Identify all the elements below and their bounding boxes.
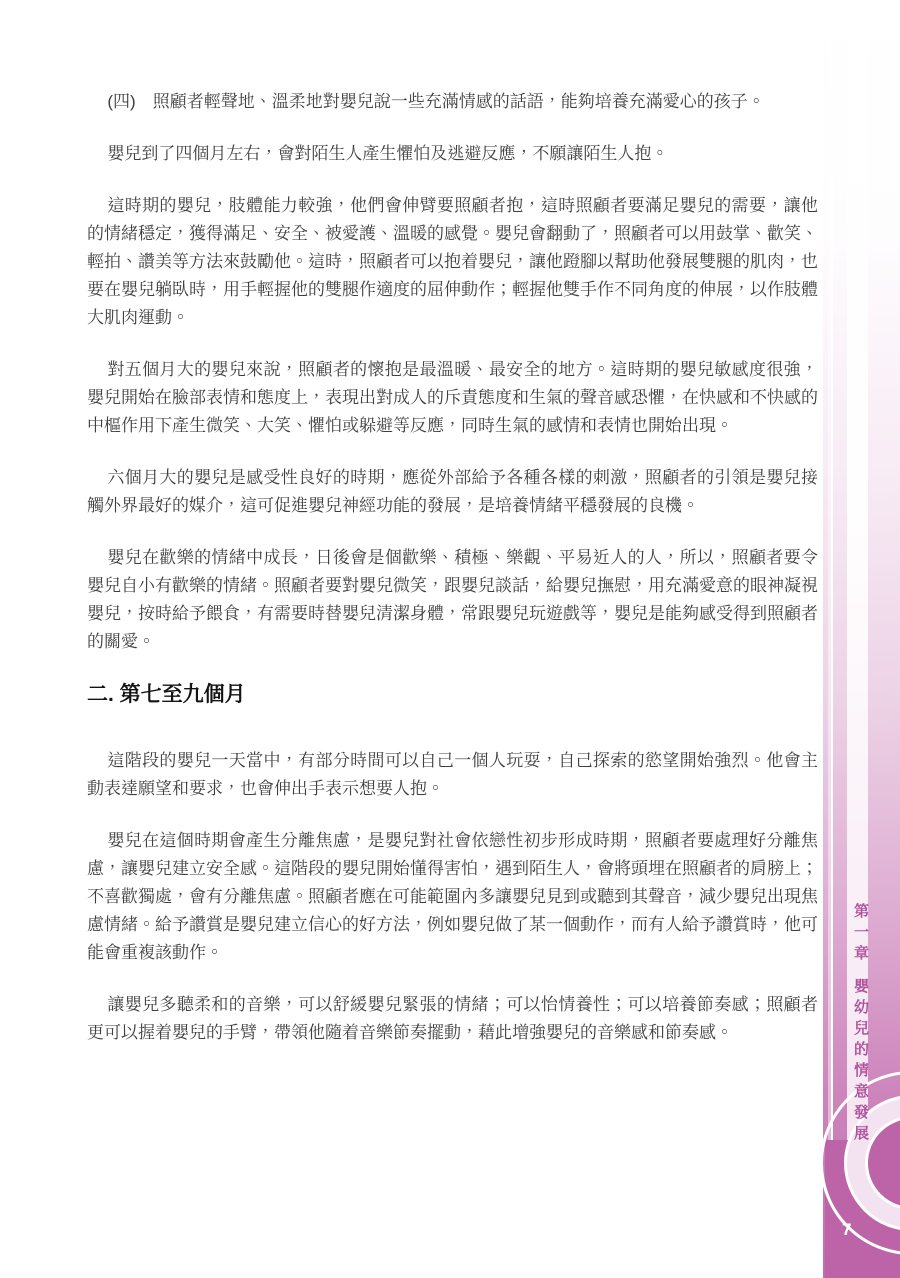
- chapter-title-label: 嬰幼兒的情意發展: [852, 978, 869, 1146]
- sidebar-stripe: [833, 0, 847, 1278]
- paragraph-joyful-emotion: 嬰兒在歡樂的情緒中成長，日後會是個歡樂、積極、樂觀、平易近人的人，所以，照顧者要…: [87, 544, 818, 656]
- paragraph-self-play: 這階段的嬰兒一天當中，有部分時間可以自己一個人玩耍，自己探索的慾望開始強烈。他會…: [87, 747, 818, 803]
- main-text-column: (四) 照顧者輕聲地、溫柔地對嬰兒說一些充滿情感的話語，能夠培養充滿愛心的孩子。…: [87, 88, 818, 1071]
- page-number: 7: [842, 1220, 851, 1240]
- chapter-tab: 第一章嬰幼兒的情意發展: [850, 903, 871, 1146]
- chapter-sidebar: 第一章嬰幼兒的情意發展 7: [823, 0, 900, 1278]
- chapter-number-label: 第一章: [852, 903, 869, 966]
- paragraph-five-months: 對五個月大的嬰兒來說，照顧者的懷抱是最溫暖、最安全的地方。這時期的嬰兒敏感度很強…: [87, 356, 818, 440]
- paragraph-body-strength: 這時期的嬰兒，肢體能力較強，他們會伸臂要照顧者抱，這時照顧者要滿足嬰兒的需要，讓…: [87, 192, 818, 332]
- paragraph-four-months: 嬰兒到了四個月左右，會對陌生人產生懼怕及逃避反應，不願讓陌生人抱。: [87, 140, 818, 168]
- paragraph-six-months: 六個月大的嬰兒是感受性良好的時期，應從外部給予各種各樣的刺激，照顧者的引領是嬰兒…: [87, 464, 818, 520]
- paragraph-separation-anxiety: 嬰兒在這個時期會產生分離焦慮，是嬰兒對社會依戀性初步形成時期，照顧者要處理好分離…: [87, 827, 818, 967]
- section-heading-seven-to-nine-months: 二. 第七至九個月: [87, 680, 818, 709]
- paragraph-soft-music: 讓嬰兒多聽柔和的音樂，可以舒緩嬰兒緊張的情緒；可以怡情養性；可以培養節奏感；照顧…: [87, 991, 818, 1047]
- paragraph-list-item-4: (四) 照顧者輕聲地、溫柔地對嬰兒說一些充滿情感的話語，能夠培養充滿愛心的孩子。: [87, 88, 818, 116]
- book-page: (四) 照顧者輕聲地、溫柔地對嬰兒說一些充滿情感的話語，能夠培養充滿愛心的孩子。…: [0, 0, 900, 1278]
